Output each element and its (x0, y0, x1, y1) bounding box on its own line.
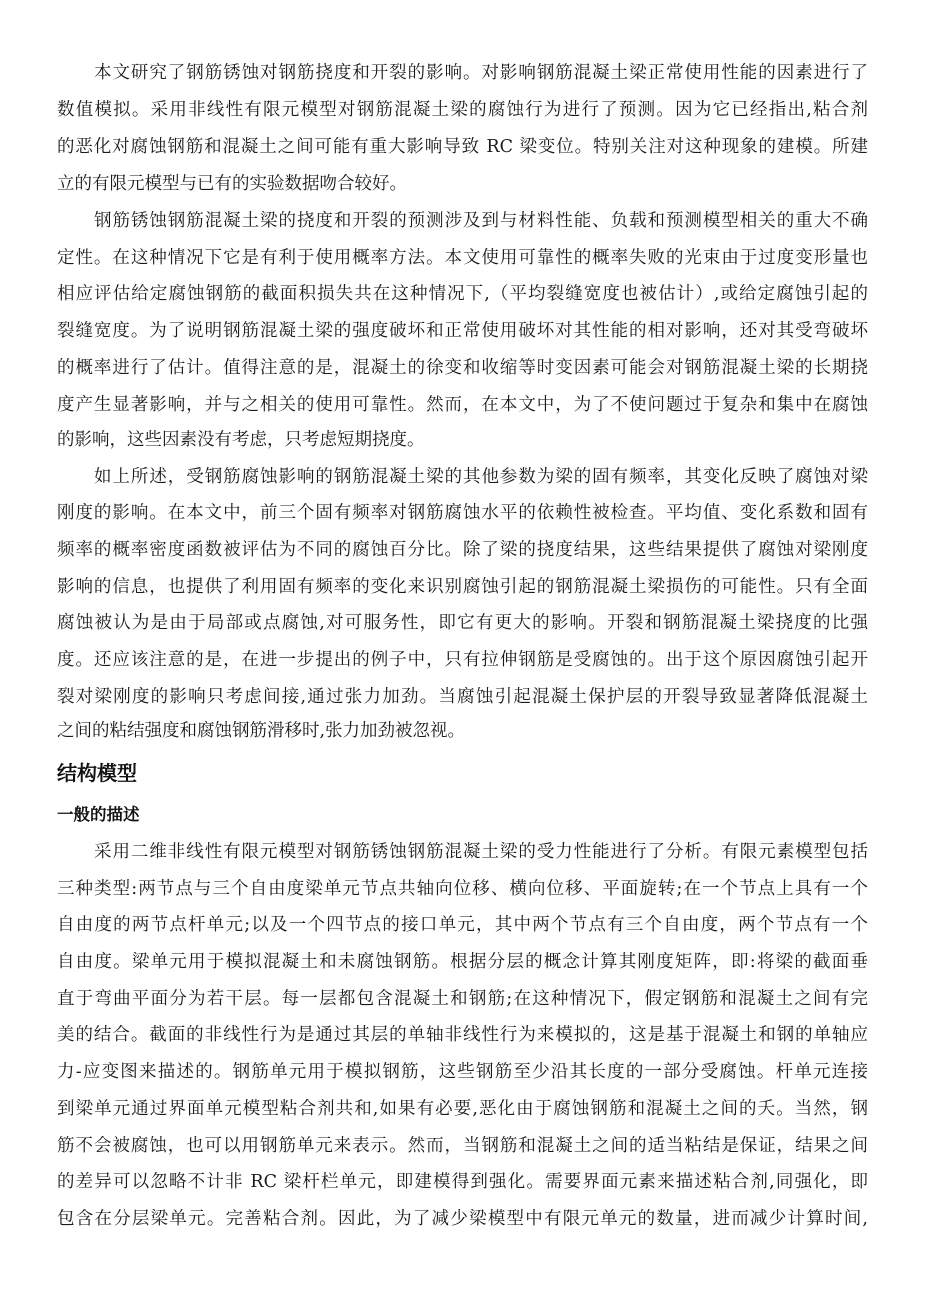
text-line: 美的结合。截面的非线性行为是通过其层的单轴非线性行为来模拟的，这是基于混凝土和钢… (57, 1023, 868, 1047)
text-line: 筋不会被腐蚀，也可以用钢筋单元来表示。然而，当钢筋和混凝土之间的适当粘结是保证，… (57, 1134, 868, 1158)
text-line: 如上所述，受钢筋腐蚀影响的钢筋混凝土梁的其他参数为梁的固有频率，其变化反映了腐蚀… (94, 465, 868, 489)
text-line: 裂对梁刚度的影响只考虑间接,通过张力加劲。当腐蚀引起混凝土保护层的开裂导致显著降… (57, 685, 868, 709)
text-line: 裂缝宽度。为了说明钢筋混凝土梁的强度破坏和正常使用破坏对其性能的相对影响，还对其… (57, 319, 868, 343)
text-line: 相应评估给定腐蚀钢筋的截面积损失共在这种情况下,（平均裂缝宽度也被估计）,或给定… (57, 282, 868, 306)
text-line: 的影响，这些因素没有考虑，只考虑短期挠度。 (57, 428, 868, 452)
text-line: 到梁单元通过界面单元模型粘合剂共和,如果有必要,恶化由于腐蚀钢筋和混凝土之间的夭… (57, 1097, 868, 1121)
text-line: 采用二维非线性有限元模型对钢筋锈蚀钢筋混凝土梁的受力性能进行了分析。有限元素模型… (94, 840, 868, 864)
text-line: 度产生显著影响，并与之相关的使用可靠性。然而，在本文中，为了不使问题过于复杂和集… (57, 393, 868, 417)
text-line: 的差异可以忽略不计非 RC 梁杆栏单元，即建模得到强化。需要界面元素来描述粘合剂… (57, 1170, 868, 1194)
section-heading: 结构模型 (57, 760, 137, 786)
text-line: 的概率进行了估计。值得注意的是，混凝土的徐变和收缩等时变因素可能会对钢筋混凝土梁… (57, 356, 868, 380)
text-line: 本文研究了钢筋锈蚀对钢筋挠度和开裂的影响。对影响钢筋混凝土梁正常使用性能的因素进… (94, 61, 868, 85)
document-page: 本文研究了钢筋锈蚀对钢筋挠度和开裂的影响。对影响钢筋混凝土梁正常使用性能的因素进… (0, 0, 926, 1309)
text-line: 力-应变图来描述的。钢筋单元用于模拟钢筋，这些钢筋至少沿其长度的一部分受腐蚀。杆… (57, 1060, 868, 1084)
text-line: 刚度的影响。在本文中，前三个固有频率对钢筋腐蚀水平的依赖性被检查。平均值、变化系… (57, 501, 868, 525)
text-line: 腐蚀被认为是由于局部或点腐蚀,对可服务性，即它有更大的影响。开裂和钢筋混凝土梁挠… (57, 611, 868, 635)
text-line: 数值模拟。采用非线性有限元模型对钢筋混凝土梁的腐蚀行为进行了预测。因为它已经指出… (57, 98, 868, 122)
text-line: 自由度。梁单元用于模拟混凝土和未腐蚀钢筋。根据分层的概念计算其刚度矩阵，即:将梁… (57, 950, 868, 974)
text-line: 直于弯曲平面分为若干层。每一层都包含混凝土和钢筋;在这种情况下，假定钢筋和混凝土… (57, 987, 868, 1011)
text-line: 自由度的两节点杆单元;以及一个四节点的接口单元，其中两个节点有三个自由度，两个节… (57, 913, 868, 937)
text-line: 之间的粘结强度和腐蚀钢筋滑移时,张力加劲被忽视。 (57, 719, 868, 743)
text-line: 三种类型:两节点与三个自由度梁单元节点共轴向位移、横向位移、平面旋转;在一个节点… (57, 877, 868, 901)
text-line: 钢筋锈蚀钢筋混凝土梁的挠度和开裂的预测涉及到与材料性能、负载和预测模型相关的重大… (94, 209, 868, 233)
subsection-heading: 一般的描述 (57, 804, 140, 826)
text-line: 度。还应该注意的是，在进一步提出的例子中，只有拉伸钢筋是受腐蚀的。出于这个原因腐… (57, 648, 868, 672)
text-line: 立的有限元模型与已有的实验数据吻合较好。 (57, 172, 868, 196)
text-line: 的恶化对腐蚀钢筋和混凝土之间可能有重大影响导致 RC 梁变位。特别关注对这种现象… (57, 135, 868, 159)
text-line: 包含在分层梁单元。完善粘合剂。因此，为了减少梁模型中有限元单元的数量，进而减少计… (57, 1207, 868, 1231)
text-line: 频率的概率密度函数被评估为不同的腐蚀百分比。除了梁的挠度结果，这些结果提供了腐蚀… (57, 538, 868, 562)
text-line: 影响的信息，也提供了利用固有频率的变化来识别腐蚀引起的钢筋混凝土梁损伤的可能性。… (57, 575, 868, 599)
text-line: 定性。在这种情况下它是有利于使用概率方法。本文使用可靠性的概率失败的光束由于过度… (57, 246, 868, 270)
